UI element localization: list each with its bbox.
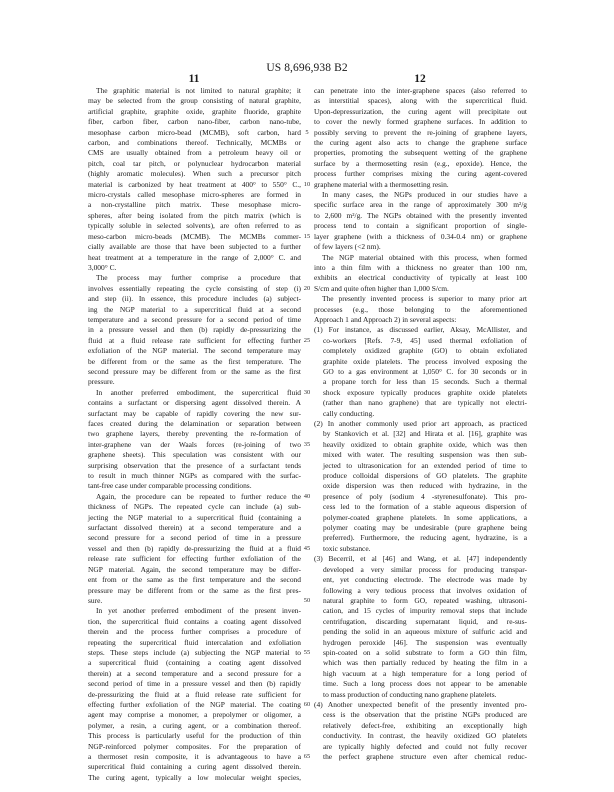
text-line: toxic substance. bbox=[314, 544, 527, 554]
text-line: shock exposure typically produces graphi… bbox=[314, 388, 527, 398]
text-line: by Stankovich et al. [32] and Hirata et … bbox=[314, 429, 527, 439]
text-line: co-workers [Refs. 7-9, 45] used thermal … bbox=[314, 336, 527, 346]
text-line: steps. These steps include (a) subjectin… bbox=[88, 648, 301, 658]
text-line: spheres, after being isolated from the p… bbox=[88, 211, 301, 221]
text-line: therein and the process further comprise… bbox=[88, 627, 301, 637]
text-line: oxide dispersion was then reduced with h… bbox=[314, 481, 527, 491]
text-line: to cover the newly formed graphene surfa… bbox=[314, 117, 527, 127]
text-line: process further comprises mixing the cur… bbox=[314, 169, 527, 179]
text-line: The presently invented process is superi… bbox=[314, 294, 527, 304]
line-number: 40 bbox=[301, 493, 313, 500]
text-line: The process may further comprise a proce… bbox=[88, 273, 301, 283]
text-line: preferred). Furthermore, the reducing ag… bbox=[314, 533, 527, 543]
text-line: a thermoset resin composite, it is advan… bbox=[88, 752, 301, 762]
line-number: 55 bbox=[301, 649, 313, 656]
text-line: supercritical fluid containing a curing … bbox=[88, 762, 301, 772]
text-line: be different from or the same as the fir… bbox=[88, 357, 301, 367]
text-line: (rather than nano graphene) that are typ… bbox=[314, 398, 527, 408]
text-line: to 2,600 m²/g. The NGPs obtained with th… bbox=[314, 211, 527, 221]
text-line: micro-crystals called mesophase micro-sp… bbox=[88, 190, 301, 200]
text-line: artificial graphite, graphite oxide, gra… bbox=[88, 107, 301, 117]
text-line: 3,000° C. bbox=[88, 263, 301, 273]
text-line: cally conducting. bbox=[314, 409, 527, 419]
text-line: meso-carbon micro-beads (MCMB). The MCMB… bbox=[88, 232, 301, 242]
text-line: graphene material with a thermosetting r… bbox=[314, 180, 527, 190]
text-line: specific surface area in the range of ap… bbox=[314, 200, 527, 210]
text-line: NGP material. Again, the second temperat… bbox=[88, 565, 301, 575]
line-number: 45 bbox=[301, 545, 313, 552]
text-line: processes (e.g., those belonging to the … bbox=[314, 305, 527, 315]
text-line: produce colloidal dispersions of GO plat… bbox=[314, 471, 527, 481]
text-line: may be selected from the group consistin… bbox=[88, 96, 301, 106]
text-line: temperature and a second pressure for a … bbox=[88, 315, 301, 325]
text-line: jecting the NGP material to a supercriti… bbox=[88, 513, 301, 523]
text-line: In another preferred embodiment, the sup… bbox=[88, 388, 301, 398]
text-line: ent, yet conducting electrode. The elect… bbox=[314, 575, 527, 585]
text-line: two graphene layers, thereby preventing … bbox=[88, 429, 301, 439]
right-text-column: can penetrate into the inter-graphene sp… bbox=[314, 86, 527, 762]
text-line: agent may comprise a monomer, a prepolym… bbox=[88, 710, 301, 720]
text-line: sure. bbox=[88, 596, 301, 606]
text-line: NGP-reinforced polymer composites. For t… bbox=[88, 742, 301, 752]
text-line: fluid at a fluid release rate sufficient… bbox=[88, 336, 301, 346]
text-line: possibly serving to prevent the re-joini… bbox=[314, 128, 527, 138]
text-line: The graphitic material is not limited to… bbox=[88, 86, 301, 96]
text-line: faces created during the delamination or… bbox=[88, 419, 301, 429]
line-number: 60 bbox=[301, 701, 313, 708]
text-line: to result in much thinner NGPs as compar… bbox=[88, 471, 301, 481]
text-line: second pressure for a second period of t… bbox=[88, 533, 301, 543]
text-line: Upon-depressurization, the curing agent … bbox=[314, 107, 527, 117]
line-number: 10 bbox=[301, 181, 313, 188]
text-line: cess is the observation that the pristin… bbox=[314, 710, 527, 720]
text-line: cess led to the formation of a stable aq… bbox=[314, 502, 527, 512]
text-line: natural graphite to form GO, repeated wa… bbox=[314, 596, 527, 606]
text-line: second period of time in a pressure vess… bbox=[88, 679, 301, 689]
text-line: mesophase carbon micro-bead (MCMB), soft… bbox=[88, 128, 301, 138]
text-line: centrifugation, discarding supernatant l… bbox=[314, 617, 527, 627]
text-line: (highly aromatic molecules). When such a… bbox=[88, 169, 301, 179]
text-line: surface by a thermosetting resin (e.g., … bbox=[314, 159, 527, 169]
text-line: pressure may be different from or the sa… bbox=[88, 586, 301, 596]
text-line: into a thin film with a thickness no gre… bbox=[314, 263, 527, 273]
left-text-column: The graphitic material is not limited to… bbox=[88, 86, 301, 783]
text-line: repeating the supercritical fluid interc… bbox=[88, 638, 301, 648]
text-line: mixed with water. The resulting suspensi… bbox=[314, 450, 527, 460]
patent-number: US 8,696,938 B2 bbox=[0, 62, 614, 74]
text-line: ent from or the same as the first temper… bbox=[88, 575, 301, 585]
text-line: (2) In another commonly used prior art a… bbox=[314, 419, 527, 429]
text-line: The NGP material obtained with this proc… bbox=[314, 253, 527, 263]
line-number: 15 bbox=[301, 233, 313, 240]
text-line: a non-crystalline pitch matrix. These me… bbox=[88, 200, 301, 210]
text-line: layer graphene (with a thickness of 0.34… bbox=[314, 232, 527, 242]
text-line: process tend to contain a significant pr… bbox=[314, 221, 527, 231]
text-line: material is carbonized by heat treatment… bbox=[88, 180, 301, 190]
text-line: (1) For instance, as discussed earlier, … bbox=[314, 325, 527, 335]
text-line: Approach 1 and Approach 2) in several as… bbox=[314, 315, 527, 325]
text-line: in a pressure vessel and then (b) rapidl… bbox=[88, 325, 301, 335]
line-number: 30 bbox=[301, 389, 313, 396]
text-line: exhibits an electrical conductivity of t… bbox=[314, 273, 527, 283]
text-line: spin-coated on a solid substrate to form… bbox=[314, 648, 527, 658]
text-line: contains a surfactant or dispersing agen… bbox=[88, 398, 301, 408]
text-line: pending the solid in an aqueous mixture … bbox=[314, 627, 527, 637]
text-line: ing the NGP material to a supercritical … bbox=[88, 305, 301, 315]
text-line: CMS are usually obtained from a petroleu… bbox=[88, 148, 301, 158]
text-line: relatively defect-free, exhibiting an ex… bbox=[314, 721, 527, 731]
text-line: completely oxidized graphite (GO) to obt… bbox=[314, 346, 527, 356]
line-number: 35 bbox=[301, 441, 313, 448]
text-line: following a very tedious process that in… bbox=[314, 586, 527, 596]
text-line: surfactant may be capable of rapidly cov… bbox=[88, 409, 301, 419]
text-line: tion, the supercritical fluid contains a… bbox=[88, 617, 301, 627]
text-line: polymer-coated graphene platelets. In so… bbox=[314, 513, 527, 523]
text-line: therein) at a second temperature and a s… bbox=[88, 669, 301, 679]
text-line: the perfect graphene structure even afte… bbox=[314, 752, 527, 762]
column-number-left: 11 bbox=[174, 73, 214, 85]
text-line: This process is particularly useful for … bbox=[88, 731, 301, 741]
text-line: to mass production of conducting nano gr… bbox=[314, 690, 527, 700]
text-line: Again, the procedure can be repeated to … bbox=[88, 492, 301, 502]
text-line: time. Such a long process does not appea… bbox=[314, 679, 527, 689]
text-line: conductivity. In contrast, the heavily o… bbox=[314, 731, 527, 741]
text-line: pressure. bbox=[88, 377, 301, 387]
column-number-right: 12 bbox=[400, 73, 440, 85]
text-line: cation, and 15 cycles of impurity remova… bbox=[314, 606, 527, 616]
text-line: de-pressurizing the fluid at a fluid rel… bbox=[88, 690, 301, 700]
text-line: hydrogen peroxide [46]. The suspension w… bbox=[314, 638, 527, 648]
text-line: pitch, coal tar pitch, or polynuclear hy… bbox=[88, 159, 301, 169]
text-line: In many cases, the NGPs produced in our … bbox=[314, 190, 527, 200]
line-number: 65 bbox=[301, 753, 313, 760]
text-line: effecting further exfoliation of the NGP… bbox=[88, 700, 301, 710]
text-line: are typically highly defected and could … bbox=[314, 742, 527, 752]
text-line: (4) Another unexpected benefit of the pr… bbox=[314, 700, 527, 710]
text-line: surfactant dissolved therein) at a secon… bbox=[88, 523, 301, 533]
text-line: exfoliation of the NGP material. The sec… bbox=[88, 346, 301, 356]
text-line: involves essentially repeating the cycle… bbox=[88, 284, 301, 294]
text-line: surprising observation that the presence… bbox=[88, 461, 301, 471]
text-line: properties, promoting the subsequent wet… bbox=[314, 148, 527, 158]
text-line: inter-graphene van der Waals forces (re-… bbox=[88, 440, 301, 450]
text-line: jected to ultrasonication for an extende… bbox=[314, 461, 527, 471]
line-number: 50 bbox=[301, 597, 313, 604]
text-line: vessel and then (b) rapidly de-pressuriz… bbox=[88, 544, 301, 554]
text-line: a supercritical fluid (containing a coat… bbox=[88, 658, 301, 668]
text-line: carbon, and combinations thereof. Techni… bbox=[88, 138, 301, 148]
text-line: which was then partially reduced by heat… bbox=[314, 658, 527, 668]
text-line: GO to a gas environment at 1,050° C. for… bbox=[314, 367, 527, 377]
text-line: high vacuum at a high temperature for a … bbox=[314, 669, 527, 679]
text-line: polymer coating may be undesirable (pure… bbox=[314, 523, 527, 533]
text-line: S/cm and quite often higher than 1,000 S… bbox=[314, 284, 527, 294]
text-line: (3) Becerril, et al [46] and Wang, et al… bbox=[314, 554, 527, 564]
line-number: 5 bbox=[301, 129, 313, 136]
text-line: developed a very similar process for pro… bbox=[314, 565, 527, 575]
text-line: thickness of NGPs. The repeated cycle ca… bbox=[88, 502, 301, 512]
text-line: graphene sheets). This speculation was c… bbox=[88, 450, 301, 460]
line-number: 25 bbox=[301, 337, 313, 344]
text-line: can penetrate into the inter-graphene sp… bbox=[314, 86, 527, 96]
text-line: graphite oxide platelets. The process in… bbox=[314, 357, 527, 367]
text-line: tant-free case under comparable processi… bbox=[88, 481, 301, 491]
text-line: heavily oxidized to obtain graphite oxid… bbox=[314, 440, 527, 450]
text-line: fiber, carbon fiber, carbon nano-fiber, … bbox=[88, 117, 301, 127]
text-line: of few layers (<2 nm). bbox=[314, 242, 527, 252]
line-number: 20 bbox=[301, 285, 313, 292]
text-line: The curing agent, typically a low molecu… bbox=[88, 773, 301, 783]
text-line: and step (ii). In essence, this procedur… bbox=[88, 294, 301, 304]
text-line: typically soluble in selected solvents),… bbox=[88, 221, 301, 231]
text-line: presence of poly (sodium 4 -styrenesulfo… bbox=[314, 492, 527, 502]
text-line: cially available are those that have bee… bbox=[88, 242, 301, 252]
text-line: In yet another preferred embodiment of t… bbox=[88, 606, 301, 616]
text-line: second pressure may be different from or… bbox=[88, 367, 301, 377]
text-line: release rate sufficient for effecting fu… bbox=[88, 554, 301, 564]
text-line: heat treatment at a temperature in the r… bbox=[88, 253, 301, 263]
text-line: as interstitial spaces), along with the … bbox=[314, 96, 527, 106]
text-line: a propane torch for less than 15 seconds… bbox=[314, 377, 527, 387]
text-line: polymer, a resin, a curing agent, or a c… bbox=[88, 721, 301, 731]
text-line: the curing agent also acts to change the… bbox=[314, 138, 527, 148]
